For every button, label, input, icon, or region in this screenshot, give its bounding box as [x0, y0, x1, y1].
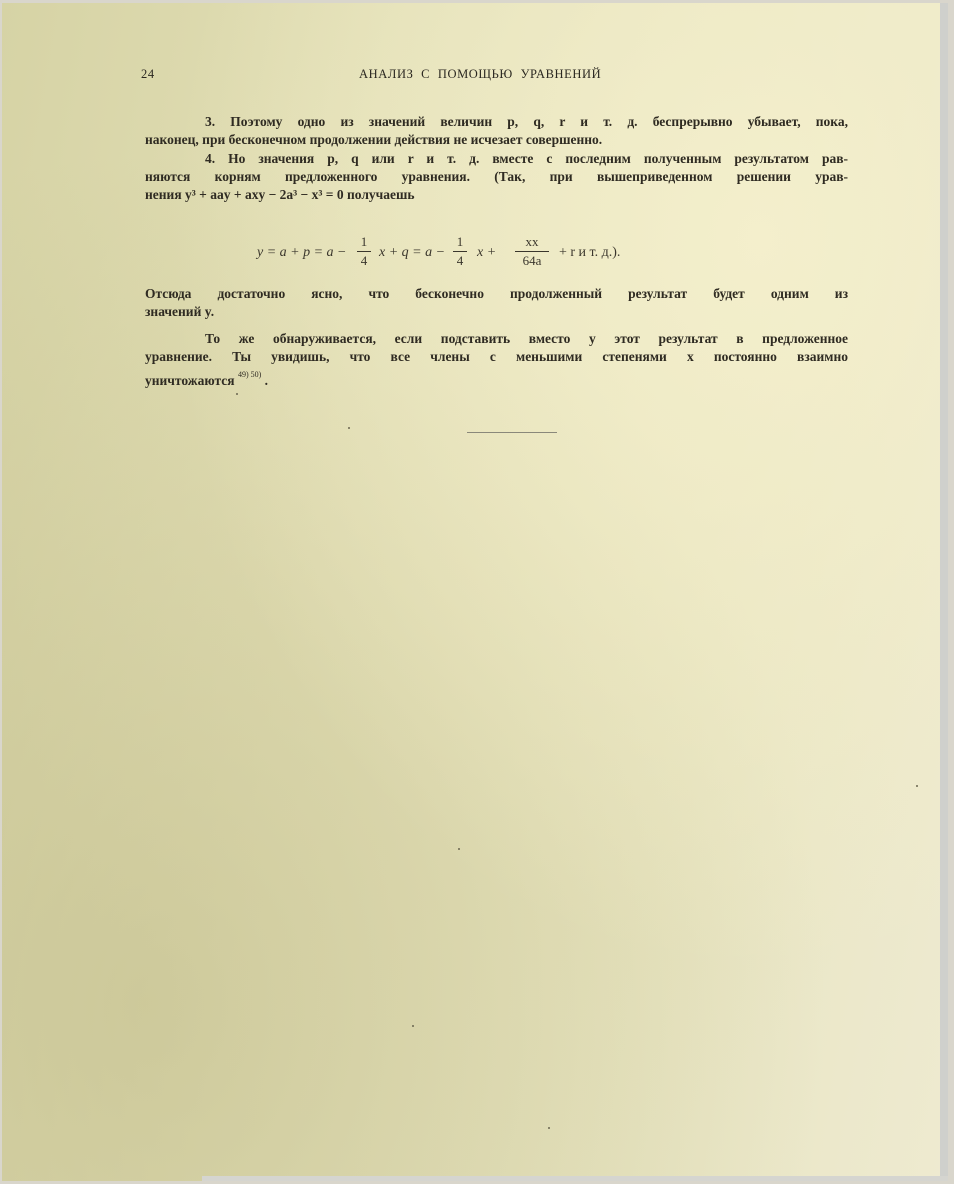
text-line-last: уничтожаются 49) 50) .: [145, 366, 848, 390]
fraction-1-4: 1 4: [357, 235, 371, 268]
text-line: значений y.: [145, 303, 848, 321]
text-line: 4. Но значения p, q или r и т. д. вместе…: [145, 150, 848, 168]
text-line: няются корням предложенного уравнения. (…: [145, 168, 848, 186]
text-line: Отсюда достаточно ясно, что бесконечно п…: [145, 285, 848, 303]
series-formula: y = a + p = a − 1 4 x + q = a − 1 4 x + …: [257, 235, 817, 275]
text-line: нения y³ + aay + axy − 2a³ − x³ = 0 полу…: [145, 186, 848, 204]
text-line: То же обнаруживается, если подставить вм…: [145, 330, 848, 348]
paragraph-4: 4. Но значения p, q или r и т. д. вместе…: [145, 150, 848, 204]
paragraph-5: Отсюда достаточно ясно, что бесконечно п…: [145, 285, 848, 321]
fraction-1-4: 1 4: [453, 235, 467, 268]
page-edge: [202, 1176, 948, 1181]
page-number: 24: [141, 67, 155, 82]
section-end-rule: [467, 432, 557, 433]
formula-mid: x + q = a −: [379, 245, 445, 261]
paper-speck: [348, 427, 350, 429]
paragraph-6: То же обнаруживается, если подставить вм…: [145, 330, 848, 390]
footnote-refs: 49) 50): [238, 370, 261, 379]
paragraph-3: 3. Поэтому одно из значений величин p, q…: [145, 113, 848, 149]
text-line: наконец, при бесконечном продолжении дей…: [145, 131, 848, 149]
paper-speck: [458, 848, 460, 850]
page-edge: [940, 3, 948, 1181]
text-line: 3. Поэтому одно из значений величин p, q…: [145, 113, 848, 131]
running-title: АНАЛИЗ С ПОМОЩЬЮ УРАВНЕНИЙ: [359, 67, 601, 82]
paper-speck: [412, 1025, 414, 1027]
page-header: 24 АНАЛИЗ С ПОМОЩЬЮ УРАВНЕНИЙ: [141, 67, 841, 85]
fraction-xx-64a: xx 64a: [515, 235, 549, 268]
paper-speck: [916, 785, 918, 787]
paper-speck: [548, 1127, 550, 1129]
formula-mid2: x +: [477, 245, 496, 261]
scanned-page: 24 АНАЛИЗ С ПОМОЩЬЮ УРАВНЕНИЙ 3. Поэтому…: [2, 3, 948, 1181]
formula-tail: + r и т. д.).: [559, 245, 620, 261]
text-line: уравнение. Ты увидишь, что все члены с м…: [145, 348, 848, 366]
formula-lhs: y = a + p = a −: [257, 245, 347, 261]
paper-speck: [236, 393, 238, 395]
